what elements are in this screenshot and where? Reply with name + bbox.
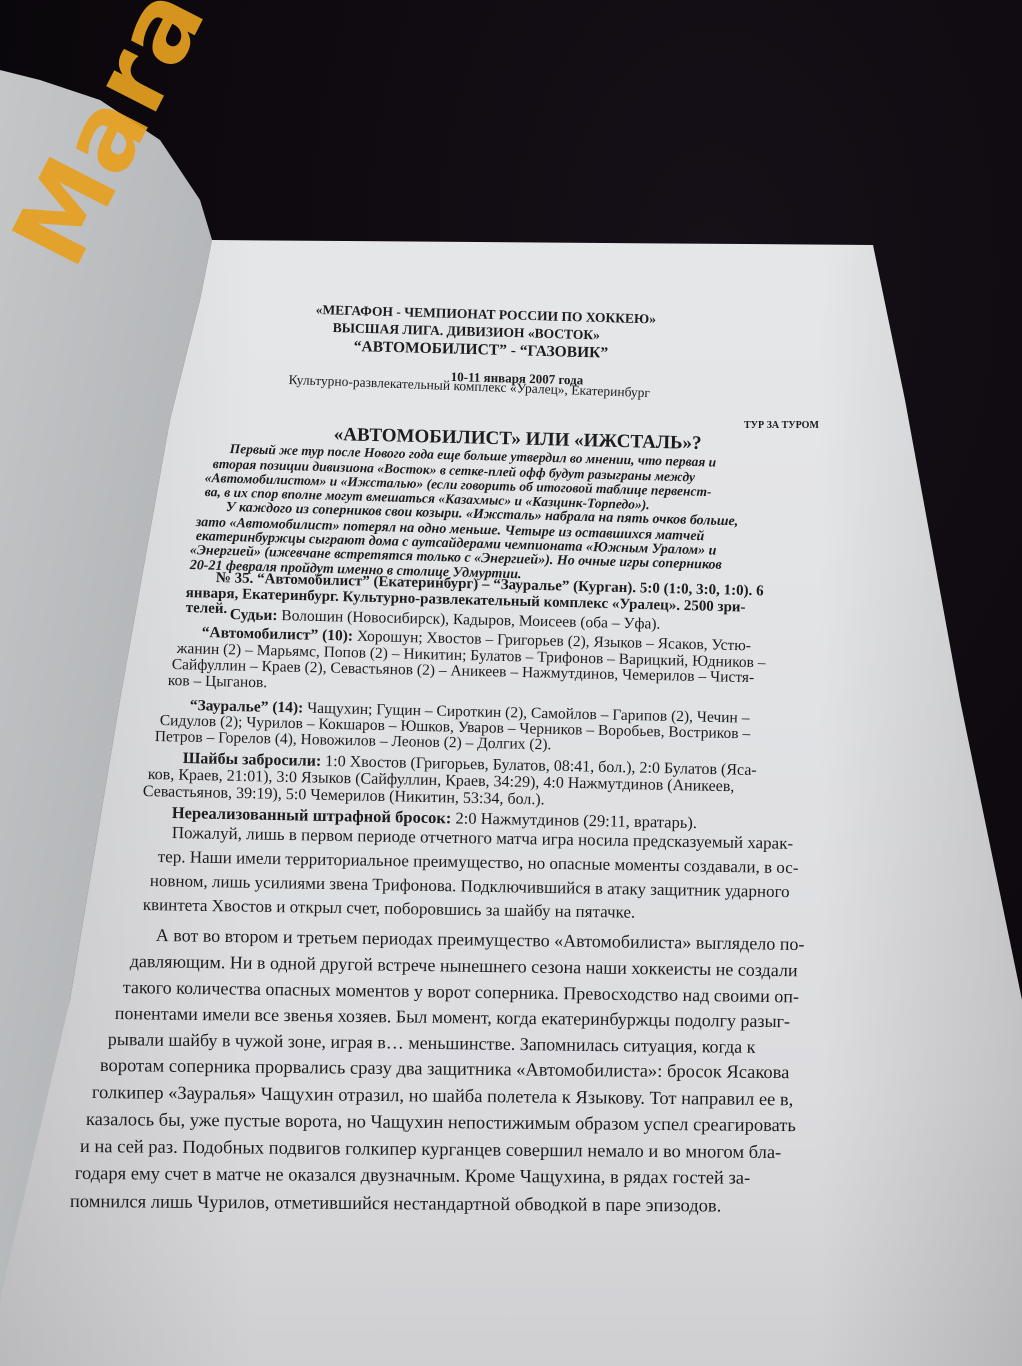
page-text: «МЕГАФОН - ЧЕМПИОНАТ РОССИИ ПО ХОККЕЮ» В… [0,0,1022,1366]
body-line-3: квинтета Хвостов и открыл счет, поборовш… [143,895,636,923]
body-line-12: и на сей раз. Подобных подвигов голкипер… [80,1137,782,1164]
body-line-6: такого количества опасных моментов у вор… [123,977,799,1007]
body-line-9: воротам соперника прорвались сразу два з… [100,1056,790,1084]
team1-line-3: ков – Цыганов. [168,672,268,692]
body-line-7: понентами имели все звенья хозяев. Был м… [115,1003,790,1032]
referees-label: Судьи: [230,606,278,624]
body-line-4: А вот во втором и третьем периодах преим… [156,925,805,955]
body-line-11: казалось бы, уже пустые ворота, но Чащух… [86,1110,796,1137]
match-line-2: телей. [186,600,228,618]
body-line-14: помнился лишь Чурилов, отметившийся нест… [70,1192,722,1218]
body-line-10: голкипер «Зауралья» Чащухин отразил, но … [92,1083,794,1111]
section-label: ТУР ЗА ТУРОМ [744,420,819,431]
body-line-8: рывали шайбу в чужой зоне, играя в… мень… [108,1029,756,1058]
body-line-5: давляющим. Ни в одной другой встрече нын… [130,951,798,981]
body-line-13: годаря ему счет в матче не оказался двуз… [75,1164,750,1190]
